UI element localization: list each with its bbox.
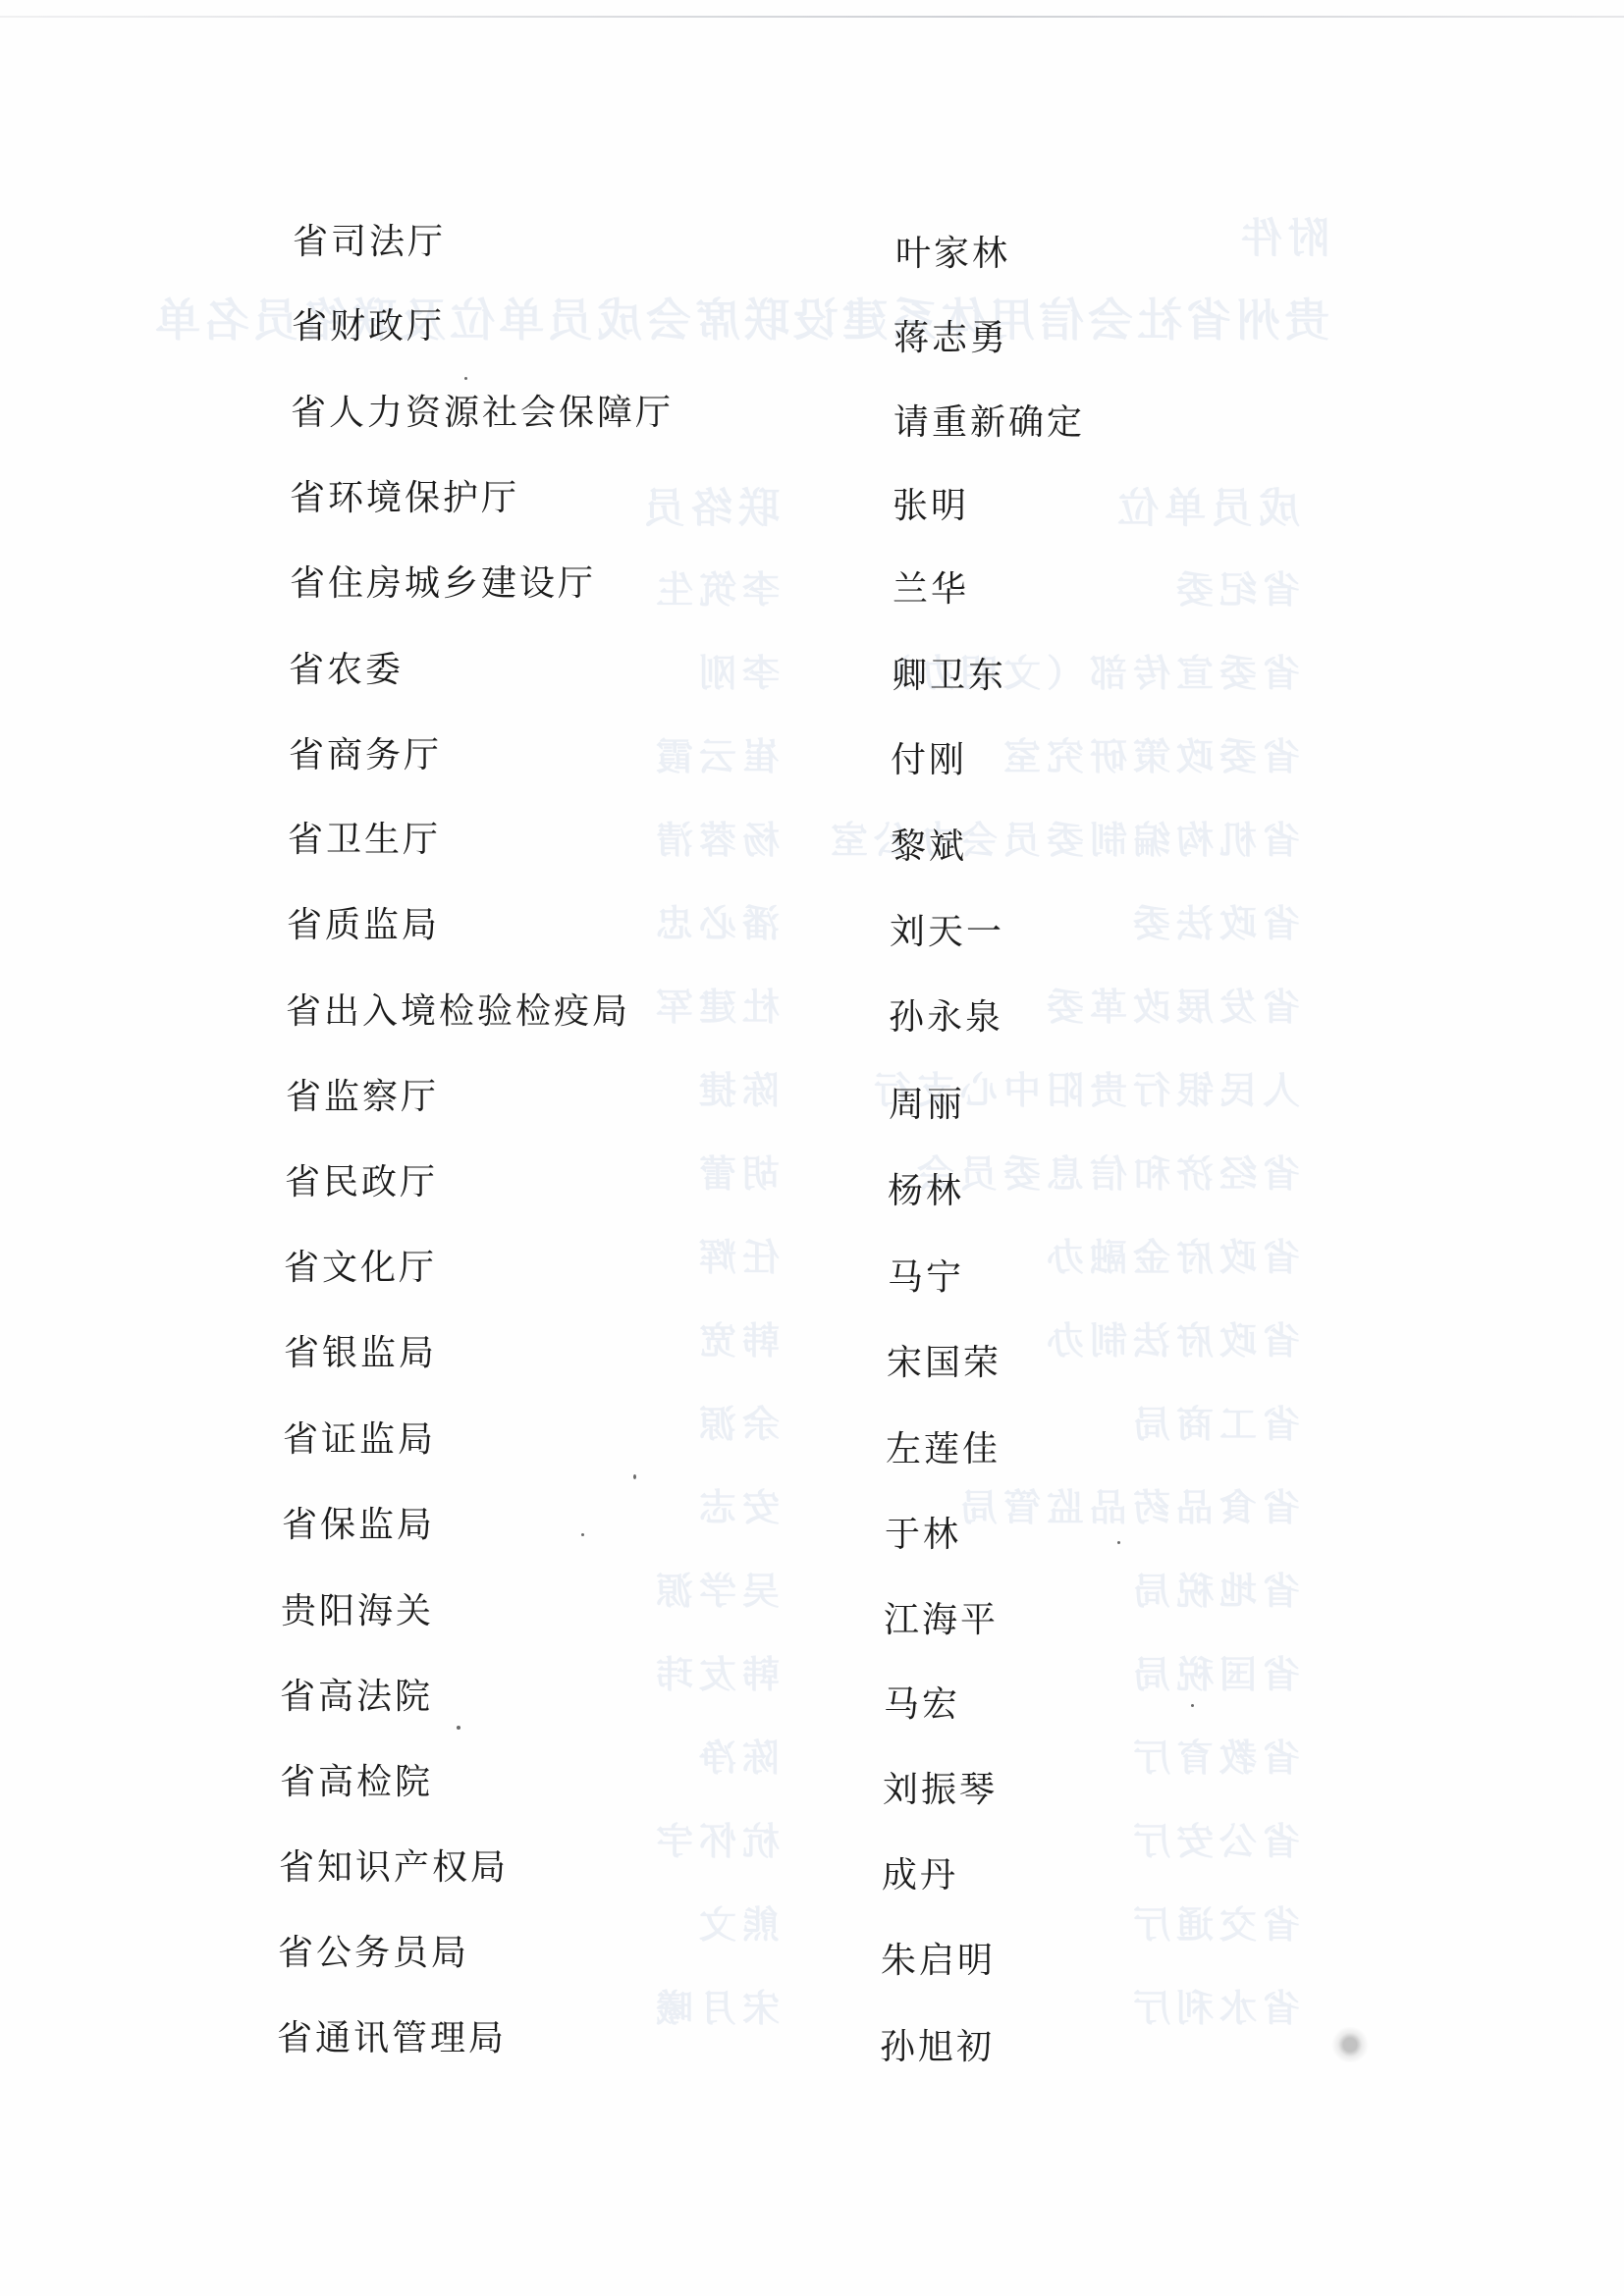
contact-name: 刘天一 (890, 911, 1004, 954)
unit-name: 贵阳海关 (281, 1590, 434, 1633)
list-row: 省公务员局 朱启明 (0, 1932, 1624, 1991)
list-row: 省通讯管理局 孙旭初 (0, 2017, 1624, 2076)
unit-name: 省知识产权局 (279, 1846, 509, 1890)
contact-name: 成丹 (882, 1854, 958, 1897)
contact-name: 杨林 (888, 1170, 964, 1213)
contact-name: 宋国荣 (887, 1342, 1001, 1385)
unit-name: 省卫生厅 (288, 819, 441, 862)
list-row: 省保监局 于林 (0, 1504, 1624, 1563)
unit-name: 省高法院 (280, 1676, 433, 1719)
list-row: 省知识产权局 成丹 (0, 1846, 1624, 1905)
unit-name: 省证监局 (283, 1418, 436, 1462)
contact-name: 付刚 (891, 739, 967, 782)
unit-name: 省财政厅 (292, 305, 445, 348)
contact-name: 朱启明 (881, 1940, 996, 1983)
contact-name: 于林 (885, 1514, 961, 1557)
list-row: 省质监局 刘天一 (0, 904, 1624, 963)
scanned-page: 附件 贵州省社会信用体系建设联席会成员单位及联络员名单 成员单位 联络员 省纪委… (0, 0, 1624, 2296)
scan-speck (457, 1726, 460, 1730)
contact-name: 兰华 (893, 568, 969, 612)
list-row: 省农委 卿卫东 (0, 649, 1624, 708)
unit-name: 省保监局 (282, 1504, 435, 1547)
contact-name: 马宏 (884, 1683, 960, 1727)
contact-name: 请重新确定 (893, 401, 1085, 445)
contact-name: 蒋志勇 (893, 317, 1008, 360)
contact-name: 江海平 (884, 1599, 999, 1642)
scan-speck (633, 1474, 636, 1479)
unit-name: 省司法厅 (293, 221, 446, 264)
scan-speck (1191, 1704, 1194, 1707)
unit-name: 省文化厅 (284, 1247, 437, 1290)
unit-name: 省高检院 (280, 1761, 433, 1804)
list-row: 省司法厅 叶家林 (0, 221, 1624, 280)
list-row: 省出入境检验检疫局 孙永泉 (0, 990, 1624, 1049)
list-row: 省商务厅 付刚 (0, 734, 1624, 793)
unit-name: 省出入境检验检疫局 (286, 990, 630, 1034)
unit-name: 省住房城乡建设厅 (290, 562, 596, 606)
unit-name: 省公务员局 (278, 1932, 469, 1975)
unit-name: 省民政厅 (285, 1161, 438, 1204)
unit-name: 省通讯管理局 (277, 2017, 507, 2060)
contact-name: 刘振琴 (883, 1769, 998, 1812)
scan-smudge (1330, 2027, 1370, 2062)
scan-speck (464, 377, 467, 380)
unit-name: 省监察厅 (286, 1076, 439, 1119)
list-row: 省银监局 宋国荣 (0, 1332, 1624, 1391)
list-row: 省环境保护厅 张明 (0, 477, 1624, 536)
list-row: 省人力资源社会保障厅 请重新确定 (0, 392, 1624, 451)
list-row: 省卫生厅 黎斌 (0, 819, 1624, 878)
unit-name: 省质监局 (287, 904, 440, 947)
unit-name: 省人力资源社会保障厅 (291, 392, 674, 435)
list-row: 贵阳海关 江海平 (0, 1590, 1624, 1649)
list-row: 省民政厅 杨林 (0, 1161, 1624, 1220)
unit-name: 省农委 (289, 649, 404, 692)
contact-name: 黎斌 (891, 826, 967, 869)
contact-name: 孙旭初 (880, 2026, 995, 2069)
scan-speck (1117, 1541, 1120, 1544)
list-row: 省高检院 刘振琴 (0, 1761, 1624, 1820)
list-row: 省财政厅 蒋志勇 (0, 305, 1624, 364)
unit-name: 省银监局 (284, 1332, 437, 1375)
list-row: 省监察厅 周丽 (0, 1076, 1624, 1135)
contact-name: 左莲佳 (886, 1428, 1001, 1471)
contact-name: 叶家林 (895, 233, 1010, 276)
list-row: 省高法院 马宏 (0, 1676, 1624, 1735)
unit-contact-list: 省司法厅 叶家林 省财政厅 蒋志勇 省人力资源社会保障厅 请重新确定 省环境保护… (0, 0, 1624, 2296)
unit-name: 省环境保护厅 (290, 477, 519, 520)
contact-name: 马宁 (888, 1256, 964, 1300)
contact-name: 孙永泉 (889, 996, 1003, 1040)
scan-speck (581, 1533, 584, 1536)
contact-name: 张明 (893, 485, 969, 528)
list-row: 省文化厅 马宁 (0, 1247, 1624, 1306)
contact-name: 卿卫东 (892, 655, 1006, 698)
list-row: 省住房城乡建设厅 兰华 (0, 562, 1624, 621)
unit-name: 省商务厅 (289, 734, 442, 777)
list-row: 省证监局 左莲佳 (0, 1418, 1624, 1477)
contact-name: 周丽 (889, 1084, 965, 1127)
